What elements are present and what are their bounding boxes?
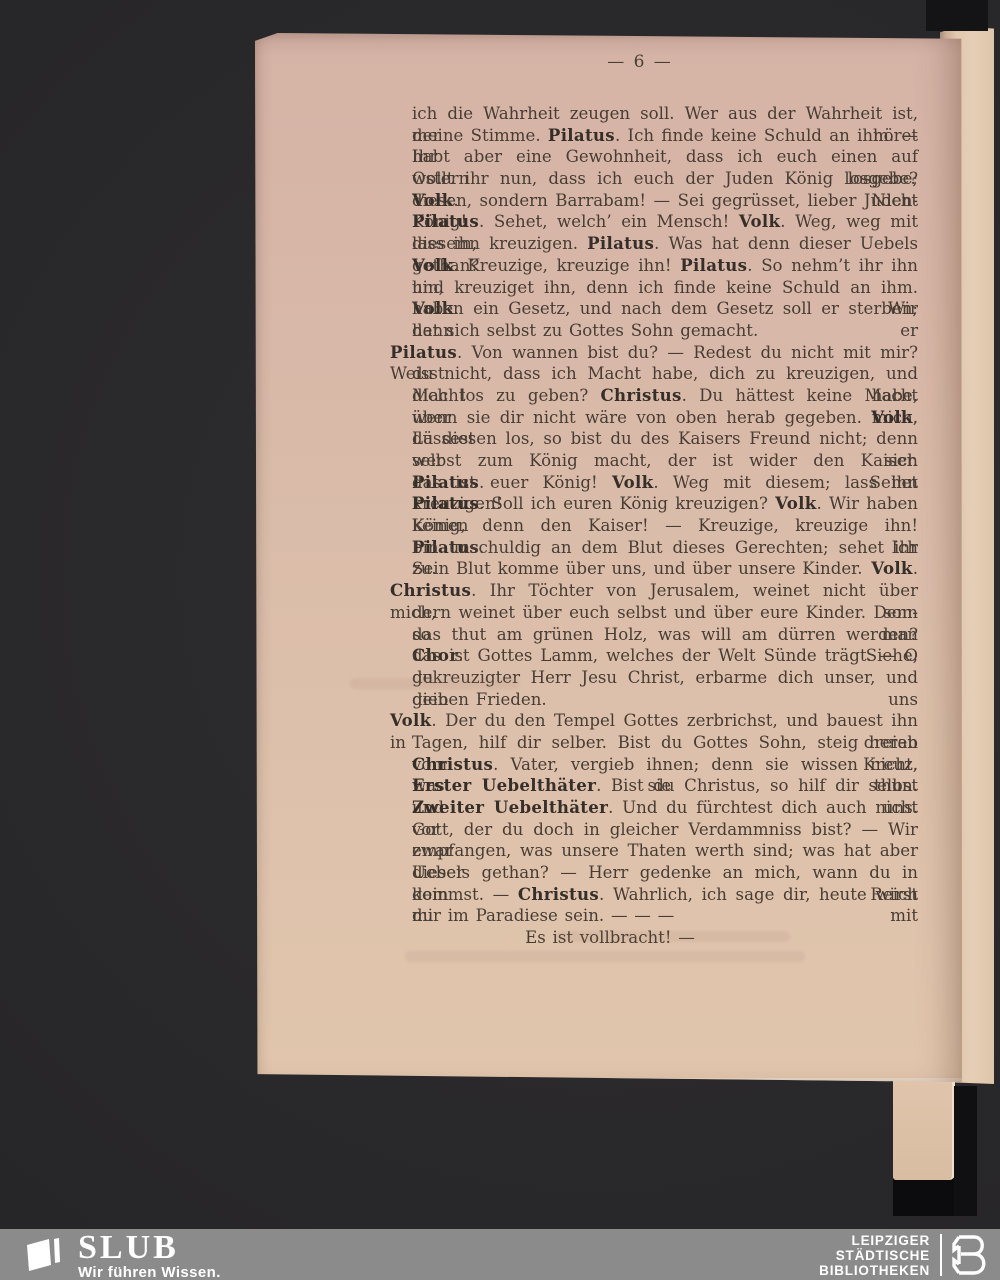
- bleedthrough-mark: [350, 678, 520, 689]
- text-line: wollt ihr nun, dass ich euch der Juden K…: [390, 168, 918, 190]
- text-line: Christus. Ihr Töchter von Jerusalem, wei…: [390, 580, 918, 602]
- text-line: empfangen, was unsere Thaten werth sind;…: [390, 840, 918, 862]
- text-line: Sein Blut komme über uns, und über unser…: [390, 558, 918, 580]
- speaker-name: Volk: [739, 211, 780, 231]
- book-spine-gap: [926, 0, 988, 31]
- text-line: du nicht, dass ich Macht habe, dich zu k…: [390, 363, 918, 385]
- text-line: bin unschuldig an dem Blut dieses Gerech…: [390, 537, 918, 559]
- library-logo: LEIPZIGER STÄDTISCHE BIBLIOTHEKEN: [819, 1232, 992, 1278]
- library-wordmark: LEIPZIGER STÄDTISCHE BIBLIOTHEKEN: [819, 1233, 930, 1278]
- book-cover-edge: [954, 1086, 977, 1216]
- text-line: ich die Wahrheit zeugen soll. Wer aus de…: [390, 103, 918, 125]
- library-b-icon: [950, 1232, 992, 1278]
- speaker-name: Volk: [390, 710, 431, 730]
- speaker-name: Pilatus: [548, 125, 615, 145]
- text-line: Zweiter Uebelthäter. Und du fürchtest di…: [390, 797, 918, 819]
- speaker-name: Pilatus: [587, 233, 654, 253]
- speaker-name: Pilatus: [412, 493, 479, 513]
- bleedthrough-mark: [555, 931, 790, 942]
- text-line: lass ihn kreuzigen. Pilatus. Was hat den…: [390, 233, 918, 255]
- text-line: habt aber eine Gewohnheit, dass ich euch…: [390, 146, 918, 168]
- speaker-name: Christus: [412, 754, 493, 774]
- speaker-name: Volk: [412, 255, 453, 275]
- text-line: du diesen los, so bist du des Kaisers Fr…: [390, 428, 918, 450]
- speaker-name: Pilatus: [390, 342, 457, 362]
- page-text: ich die Wahrheit zeugen soll. Wer aus de…: [390, 103, 918, 949]
- speaker-name: Christus: [518, 884, 599, 904]
- footer-bar: SLUB Wir führen Wissen. LEIPZIGER STÄDTI…: [0, 1229, 1000, 1280]
- text-line: und kreuziget ihn, denn ich finde keine …: [390, 277, 918, 299]
- text-line: dich los zu geben? Christus. Du hättest …: [390, 385, 918, 407]
- speaker-name: Christus: [390, 580, 471, 600]
- speaker-name: Volk: [775, 493, 816, 513]
- page-number: — 6 —: [390, 52, 918, 72]
- text-line: das thut am grünen Holz, was will am dür…: [390, 624, 918, 646]
- speaker-name: Volk: [871, 407, 912, 427]
- text-line: Pilatus. Sehet, welch’ ein Mensch! Volk.…: [390, 211, 918, 233]
- library-name-line: LEIPZIGER: [819, 1233, 930, 1248]
- slub-tagline: Wir führen Wissen.: [78, 1264, 221, 1280]
- text-line: meine Stimme. Pilatus. Ich finde keine S…: [390, 125, 918, 147]
- speaker-name: Pilatus: [680, 255, 747, 275]
- speaker-name: Volk: [871, 558, 912, 578]
- text-line: das ist Gottes Lamm, welches der Welt Sü…: [390, 645, 918, 667]
- speaker-name: Christus: [601, 385, 682, 405]
- library-name-line: BIBLIOTHEKEN: [819, 1263, 930, 1278]
- text-line: König, denn den Kaiser! — Kreuzige, kreu…: [390, 515, 918, 537]
- text-line: das ist euer König! Volk. Weg mit diesem…: [390, 472, 918, 494]
- slub-text-block: SLUB Wir führen Wissen.: [78, 1233, 221, 1280]
- text-line: wenn sie dir nicht wäre von oben herab g…: [390, 407, 918, 429]
- speaker-name: Erster Uebelthäter: [412, 775, 596, 795]
- text-line: haben ein Gesetz, und nach dem Gesetz so…: [390, 298, 918, 320]
- text-line: Volk. Der du den Tempel Gottes zerbrichs…: [390, 710, 918, 732]
- text-line: Uebels gethan? — Herr gedenke an mich, w…: [390, 862, 918, 884]
- text-line: diesen, sondern Barrabam! — Sei gegrüsse…: [390, 190, 918, 212]
- text-line: Pilatus. Von wannen bist du? — Redest du…: [390, 342, 918, 364]
- text-line: Pilatus. Soll ich euren König kreuzigen?…: [390, 493, 918, 515]
- slub-wordmark: SLUB: [78, 1233, 221, 1263]
- separator-line: [940, 1234, 942, 1276]
- speaker-name: Zweiter Uebelthäter: [412, 797, 608, 817]
- text-line: Tagen, hilf dir selber. Bist du Gottes S…: [390, 732, 918, 754]
- text-line: Gott, der du doch in gleicher Verdammnis…: [390, 819, 918, 841]
- text-line: Christus. Vater, vergieb ihnen; denn sie…: [390, 754, 918, 776]
- page-stack-edge: [893, 1080, 955, 1180]
- slub-logo: SLUB Wir führen Wissen.: [24, 1233, 221, 1280]
- speaker-name: Volk: [612, 472, 653, 492]
- open-book-icon: [24, 1236, 64, 1274]
- text-line: Volk. Kreuzige, kreuzige ihn! Pilatus. S…: [390, 255, 918, 277]
- scanned-page: — 6 — ich die Wahrheit zeugen soll. Wer …: [255, 33, 962, 1082]
- text-line: selbst zum König macht, der ist wider de…: [390, 450, 918, 472]
- bleedthrough-mark: [405, 951, 805, 962]
- text-line: dern weinet über euch selbst und über eu…: [390, 602, 918, 624]
- library-name-line: STÄDTISCHE: [819, 1248, 930, 1263]
- text-line: kommst. — Christus. Wahrlich, ich sage d…: [390, 884, 918, 906]
- text-line: Erster Uebelthäter. Bist du Christus, so…: [390, 775, 918, 797]
- book-shadow-block: [893, 1176, 955, 1216]
- speaker-name: Pilatus: [412, 211, 479, 231]
